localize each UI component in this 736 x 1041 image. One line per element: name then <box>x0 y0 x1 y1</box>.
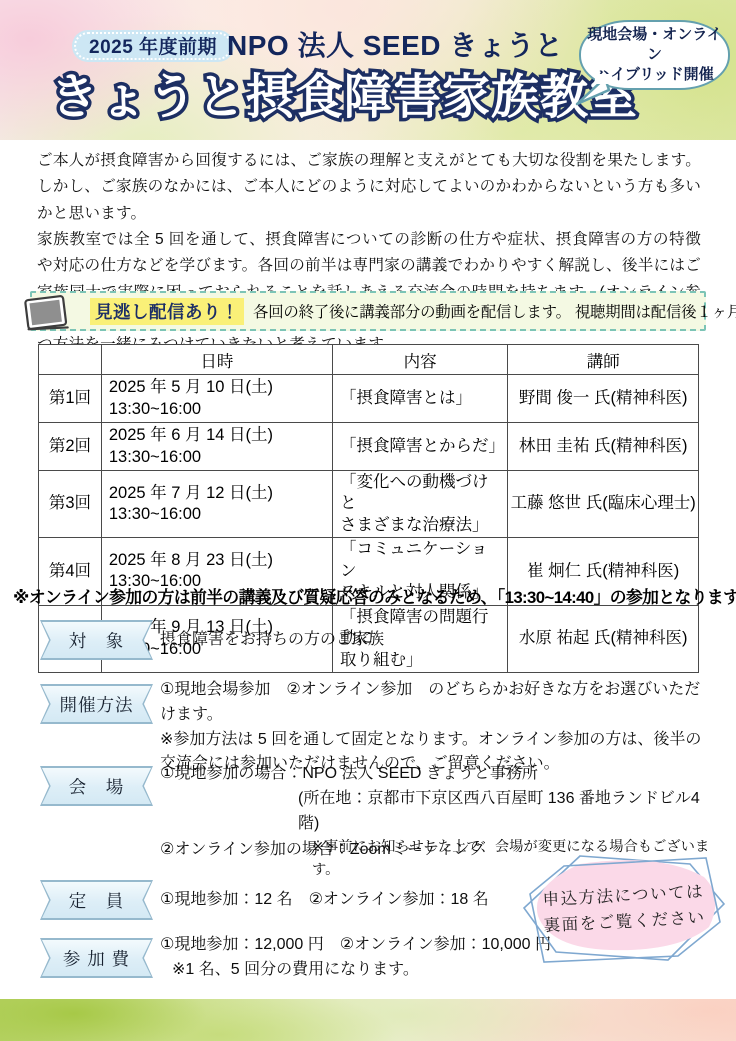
section-label-fee: 参 加 費 <box>40 938 153 978</box>
ribbon-label-text: 参 加 費 <box>42 940 151 976</box>
section-label-method: 開催方法 <box>40 684 153 724</box>
banner-description: 各回の終了後に講義部分の動画を配信します。 視聴期間は配信後１ヶ月間です。 <box>253 300 736 322</box>
target-text: 摂食障害をお持ちの方のご家族 <box>160 628 705 653</box>
flyer-page: 2025 年度前期 NPO 法人 SEED きょうと きょうと摂食障害家族教室 … <box>0 0 736 1041</box>
ribbon-label-text: 会 場 <box>42 768 151 804</box>
session-topic: 「摂食障害とは」 <box>332 375 507 423</box>
section-label-capacity: 定 員 <box>40 880 153 920</box>
session-time: 13:30~16:00 <box>109 399 325 420</box>
topic-line-1: 「コミュニケーション <box>340 539 500 582</box>
speech-bubble-tail <box>571 74 613 108</box>
hybrid-speech-bubble: 現地会場・オンライン ハイブリッド開催 <box>579 20 730 90</box>
session-datetime: 2025 年 6 月 14 日(土) 13:30~16:00 <box>101 423 332 471</box>
section-label-venue: 会 場 <box>40 766 153 806</box>
session-date: 2025 年 5 月 10 日(土) <box>109 377 325 398</box>
missed-broadcast-banner: 見逃し配信あり！ 各回の終了後に講義部分の動画を配信します。 視聴期間は配信後１… <box>30 291 706 331</box>
capacity-text: ①現地参加：12 名 ②オンライン参加：18 名 <box>160 888 520 913</box>
method-line-1: ①現地会場参加 ②オンライン参加 のどちらかお好きな方をお選びいただけます。 <box>160 678 708 728</box>
venue-line-1: ①現地参加の場合：NPO 法人 SEED きょうと事務所 <box>160 762 720 787</box>
banner-highlight-label: 見逃し配信あり！ <box>90 298 244 325</box>
apply-bubble-text: 申込方法については 裏面をご覧ください <box>515 845 733 974</box>
header-datetime: 日時 <box>101 345 332 375</box>
session-time: 13:30~16:00 <box>109 447 325 468</box>
table-row: 第3回 2025 年 7 月 12 日(土) 13:30~16:00 「変化への… <box>39 471 699 538</box>
session-number: 第3回 <box>39 471 102 538</box>
table-header-row: 日時 内容 講師 <box>39 345 699 375</box>
footer-watercolor-band <box>0 999 736 1041</box>
intro-paragraph-1: ご本人が摂食障害から回復するには、ご家族の理解と支えがとても大切な役割を果たしま… <box>37 148 701 227</box>
section-label-target: 対 象 <box>40 620 153 660</box>
apply-method-bubble: 申込方法については 裏面をご覧ください <box>518 850 730 968</box>
topic-line-1: 「変化への動機づけと <box>340 472 500 515</box>
topic-line-1: 「摂食障害とからだ」 <box>340 436 500 457</box>
tablet-icon <box>20 293 72 337</box>
bubble-line-1: 現地会場・オンライン <box>581 25 728 66</box>
header-lecturer: 講師 <box>508 345 699 375</box>
table-row: 第2回 2025 年 6 月 14 日(土) 13:30~16:00 「摂食障害… <box>39 423 699 471</box>
session-datetime: 2025 年 5 月 10 日(土) 13:30~16:00 <box>101 375 332 423</box>
ribbon-label-text: 開催方法 <box>42 686 151 722</box>
table-row: 第1回 2025 年 5 月 10 日(土) 13:30~16:00 「摂食障害… <box>39 375 699 423</box>
session-datetime: 2025 年 7 月 12 日(土) 13:30~16:00 <box>101 471 332 538</box>
header-watercolor-band: 2025 年度前期 NPO 法人 SEED きょうと きょうと摂食障害家族教室 … <box>0 0 736 140</box>
topic-line-2: さまざまな治療法」 <box>340 515 500 536</box>
session-topic: 「変化への動機づけと さまざまな治療法」 <box>332 471 507 538</box>
ribbon-label-text: 対 象 <box>42 622 151 658</box>
session-lecturer: 野間 俊一 氏(精神科医) <box>508 375 699 423</box>
header-content: 内容 <box>332 345 507 375</box>
venue-line-2: (所在地：京都市下京区西八百屋町 136 番地ランドビル4階) <box>160 787 720 837</box>
topic-line-1: 「摂食障害とは」 <box>340 388 500 409</box>
session-topic: 「摂食障害とからだ」 <box>332 423 507 471</box>
session-date: 2025 年 7 月 12 日(土) <box>109 483 325 504</box>
header-empty <box>39 345 102 375</box>
session-date: 2025 年 6 月 14 日(土) <box>109 425 325 446</box>
session-number: 第2回 <box>39 423 102 471</box>
ribbon-label-text: 定 員 <box>42 882 151 918</box>
flyer-title: きょうと摂食障害家族教室 <box>50 58 638 127</box>
session-date: 2025 年 8 月 23 日(土) <box>109 550 325 571</box>
session-number: 第1回 <box>39 375 102 423</box>
session-lecturer: 林田 圭祐 氏(精神科医) <box>508 423 699 471</box>
bubble-line-2: ハイブリッド開催 <box>595 65 713 85</box>
session-lecturer: 工藤 悠世 氏(臨床心理士) <box>508 471 699 538</box>
online-participation-note: ※オンライン参加の方は前半の講義及び質疑応答のみとなるため、「13:30~14:… <box>13 584 729 608</box>
session-time: 13:30~16:00 <box>109 504 325 525</box>
